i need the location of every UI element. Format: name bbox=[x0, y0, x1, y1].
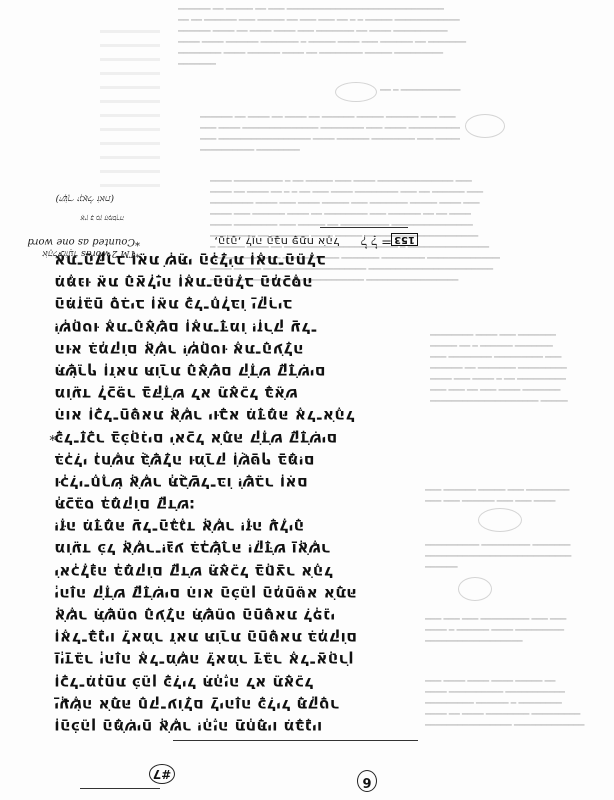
margin-note-counted-one-word: *Counted as one word bbox=[27, 236, 140, 247]
text-line: וְהַכֹּהֵן הַמָּשִׁיחַ אֲשֶׁר יִהְיֶה תַ… bbox=[54, 716, 434, 738]
circled-page-number: 6 bbox=[357, 770, 377, 792]
margin-note-tm-two-words: *TM 2 words אֹהֶל־מוֹעֵד bbox=[42, 248, 140, 259]
text-line: וּכְלִי־חֶרֶשׂ אֲשֶׁר תְּבֻשַּׁל־בּוֹ יִ… bbox=[54, 472, 434, 494]
footer-rule-short bbox=[80, 788, 160, 789]
text-line: מוֹעֵד לְכַפֵּר בַּקֹּדֶשׁ לֹא תֵאָכֵל ב… bbox=[54, 383, 434, 405]
header-boxed-number: 153 bbox=[391, 233, 418, 246]
text-line: מוֹעֵד כֹּל אֲשֶׁר־יִגַּע בִּבְשָׂרָהּ י… bbox=[54, 538, 434, 560]
main-hebrew-text: וְהַכֹּהֵן הַמָּשִׁיחַ אֲשֶׁר יִהְיֶה תַ… bbox=[54, 250, 434, 738]
scanned-page: ━━━━━━ ━━ ━━━━━ ━━ ━━━ ━━━━━━━━━━━━━━━━━… bbox=[0, 0, 614, 800]
rotated-content: 6 #7 וְהַכֹּהֵן הַמָּשִׁיחַ אֲשֶׁר יִהְי… bbox=[0, 0, 614, 800]
circled-folio: #7 bbox=[149, 764, 175, 784]
text-line: וַיְדַבֵּר יְהוָה אֶל־מֹשֶׁה לֵּאמֹר דַּ… bbox=[54, 649, 434, 671]
text-line: תִּשָּׂרֵף וְזֹאת תּוֹרַת הָאָשָׁם קֹדֶש… bbox=[54, 361, 434, 383]
text-line: הִוא וְכָל־חַטָּאת אֲשֶׁר יוּבָא מִדָּמָ… bbox=[54, 405, 434, 427]
text-line: יְהוָה קֹדֶשׁ קָדָשִׁים הִוא הַכֹּהֵן הַ… bbox=[54, 583, 434, 605]
header-rule bbox=[320, 227, 408, 228]
text-line: הוּא בִּמְקוֹם אֲשֶׁר יִשְׁחֲטוּ אֶת־הָע… bbox=[54, 339, 434, 361]
text-line: וְכָל־מִנְחַת כֹּהֵן כָּלִיל תִּהְיֶה לֹ… bbox=[54, 671, 434, 693]
text-line: מִמֶּנּוּ אֵת הָאַלְיָה וְאֶת־הַחֵלֶב הַ… bbox=[54, 272, 434, 294]
text-line: יֹאכְלֶנָּה בְּמָקוֹם קָדֹשׁ תֵּאָכֵל בַ… bbox=[54, 561, 434, 583]
text-line: הַמִּזְבֵּחַ סָבִיב וְאֵת כָּל־חֶלְבּוֹ … bbox=[54, 294, 434, 316]
header-equals-note: = לְ לָ bbox=[361, 234, 392, 250]
text-line: יַעֲשֶׂה אֹתָהּ חָק־עוֹלָם לַיהוָה כָּלִ… bbox=[54, 694, 434, 716]
margin-note-hebrew-1: אֵין בְּ מִן הַמְּסֹרָה bbox=[80, 214, 124, 222]
text-line: בִּכְלִי נְחֹשֶׁת בֻּשָּׁלָה וּמֹרַק וְש… bbox=[54, 450, 434, 472]
text-line: יִשְׁחֲטוּ אֶת־הָאָשָׁם וְאֶת־דָּמוֹ יִז… bbox=[54, 316, 434, 338]
top-rule bbox=[173, 740, 418, 741]
text-line: תְּכַבֵּס בְּמָקוֹם קָדֹשׁ׃ bbox=[54, 494, 434, 516]
text-line: וְאֶל־בָּנָיו לֵאמֹר זֹאת תּוֹרַת הַחַטָ… bbox=[54, 627, 434, 649]
verse-asterisk: * bbox=[50, 427, 57, 442]
text-line: כָּל־זָכָר בַּכֹּהֲנִים יֹאכַל אֹתָהּ קֹ… bbox=[54, 427, 434, 449]
margin-note-hebrew-2: (יִשְׂרָ׳ יִגְאַל׳ זֹאת) bbox=[56, 193, 114, 204]
text-line: יִזֶּה מִדָּמָהּ עַל־הַבֶּגֶד אֲשֶׁר יִז… bbox=[54, 516, 434, 538]
text-line: אֲשֶׁר תִּשָּׁחֵט הָעֹלָה תִּשָּׁחֵט הַח… bbox=[54, 605, 434, 627]
